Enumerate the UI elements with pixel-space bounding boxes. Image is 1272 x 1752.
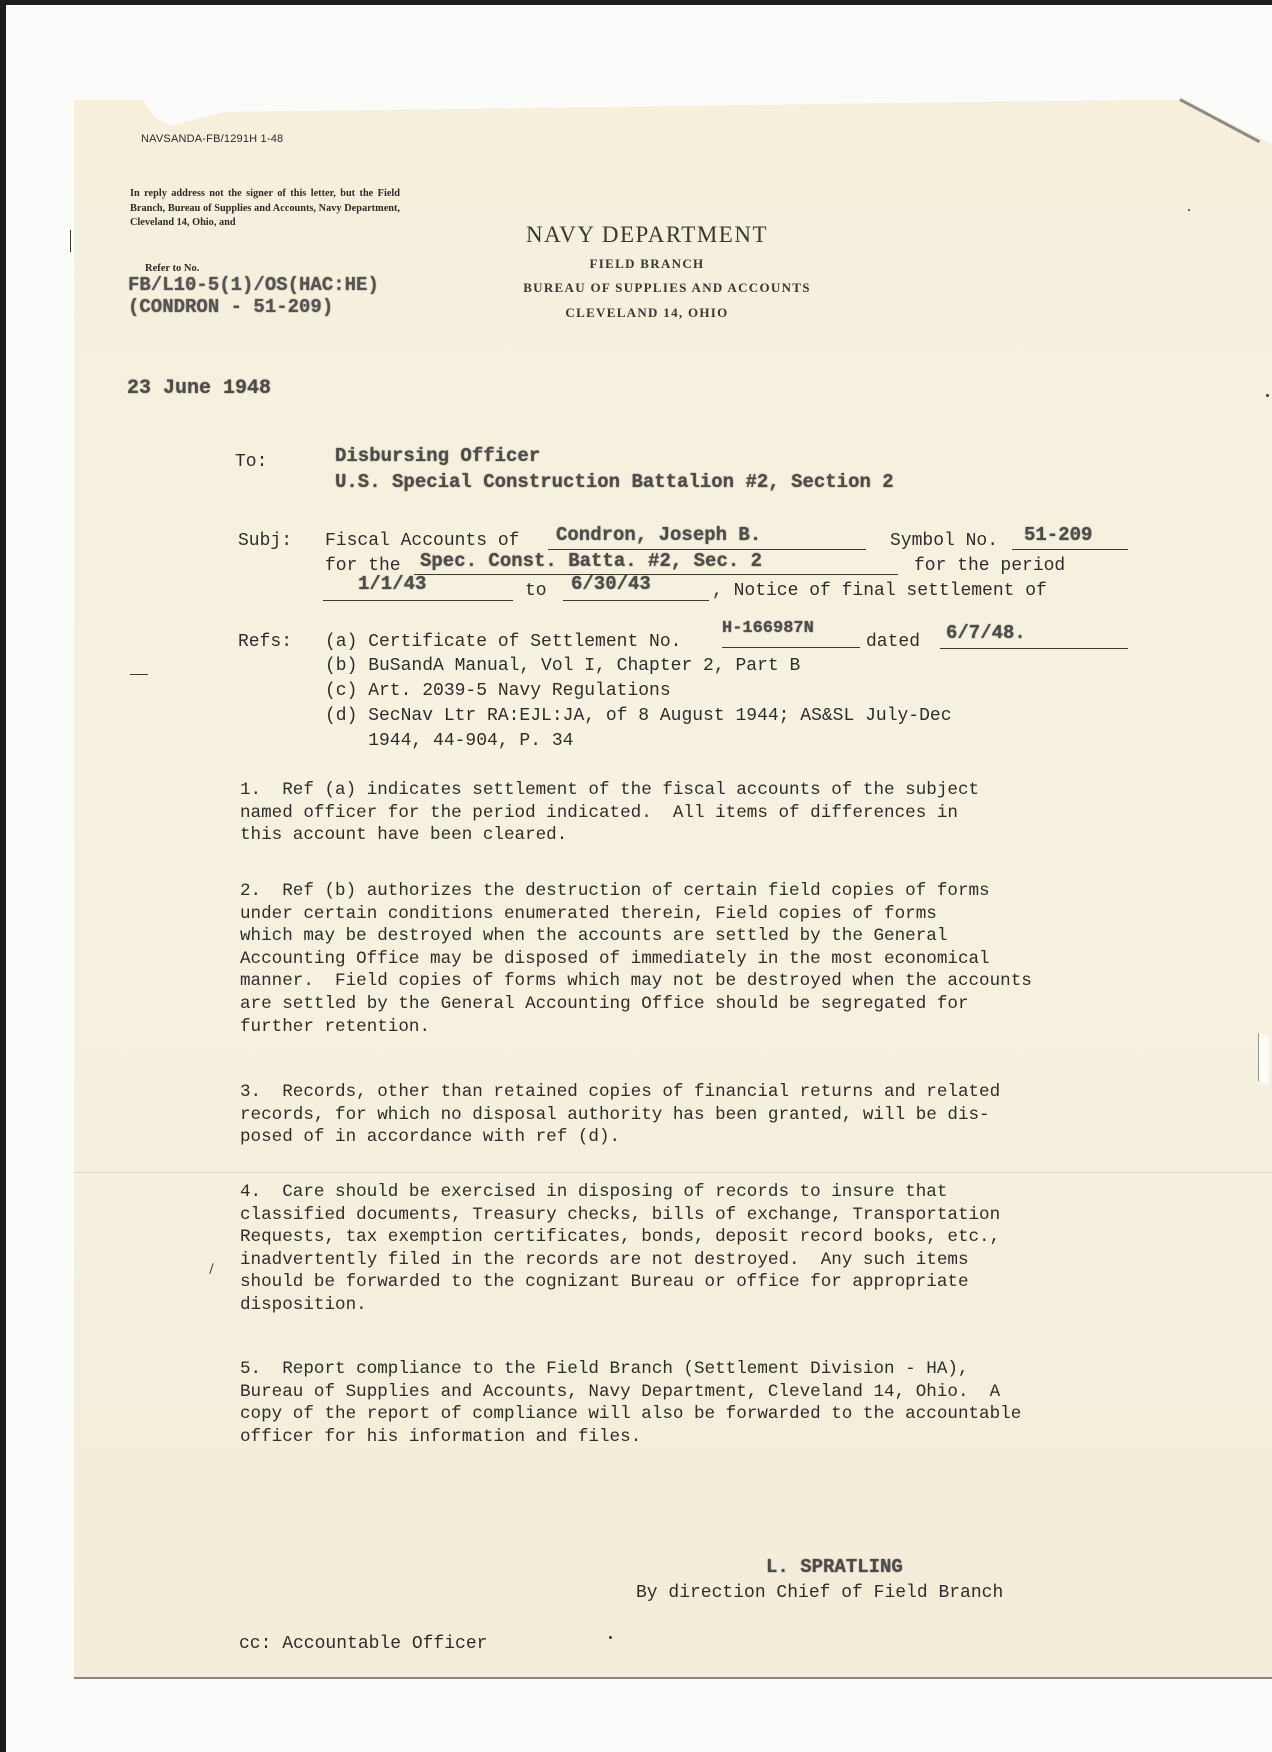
ref-a-dated-text: dated <box>866 632 920 652</box>
period-from-blank <box>323 600 513 601</box>
unit-blank <box>414 574 898 575</box>
certificate-date-blank <box>940 648 1128 649</box>
period-from: 1/1/43 <box>358 573 426 595</box>
officer-name: Condron, Joseph B. <box>556 524 761 546</box>
refer-to-label: Refer to No. <box>145 263 199 274</box>
paragraph-3: 3. Records, other than retained copies o… <box>240 1081 1000 1149</box>
paragraph-5: 5. Report compliance to the Field Branch… <box>240 1358 1021 1448</box>
paragraph-2: 2. Ref (b) authorizes the destruction of… <box>240 880 1032 1038</box>
margin-tick <box>70 230 71 252</box>
letter-date: 23 June 1948 <box>127 377 271 400</box>
to-label: To: <box>235 452 267 472</box>
signer-name: L. SPRATLING <box>766 1556 903 1578</box>
subject-label: Subj: <box>238 531 292 551</box>
certificate-date: 6/7/48. <box>946 622 1026 644</box>
ref-d-line2: 1944, 44-904, P. 34 <box>325 731 573 751</box>
paragraph-1: 1. Ref (a) indicates settlement of the f… <box>240 779 979 847</box>
subject-notice-text: , Notice of final settlement of <box>712 581 1047 601</box>
ref-d-line1: (d) SecNav Ltr RA:EJL:JA, of 8 August 19… <box>325 706 952 726</box>
symbol-label: Symbol No. <box>890 531 998 551</box>
letterhead-title: NAVY DEPARTMENT <box>440 222 854 248</box>
period-to-blank <box>563 600 709 601</box>
signer-title: By direction Chief of Field Branch <box>636 1583 1003 1603</box>
period-to: 6/30/43 <box>571 573 651 595</box>
reference-subject: (CONDRON - 51-209) <box>128 297 333 317</box>
form-number: NAVSANDA-FB/1291H 1-48 <box>141 133 283 145</box>
subject-period-text: for the period <box>914 556 1065 576</box>
subject-fiscal-text: Fiscal Accounts of <box>325 531 519 551</box>
symbol-number: 51-209 <box>1024 524 1092 546</box>
margin-mark <box>130 674 148 675</box>
letterhead-city: CLEVELAND 14, OHIO <box>440 305 854 321</box>
ref-b: (b) BuSandA Manual, Vol I, Chapter 2, Pa… <box>325 656 800 676</box>
refs-label: Refs: <box>238 632 292 652</box>
addressee-unit: U.S. Special Construction Battalion #2, … <box>335 470 894 494</box>
scan-left-border <box>0 0 6 1752</box>
fold-crease <box>74 1172 1272 1173</box>
reference-number: FB/L10-5(1)/OS(HAC:HE) <box>128 275 379 295</box>
ref-c: (c) Art. 2039-5 Navy Regulations <box>325 681 671 701</box>
ink-speck <box>609 1636 612 1639</box>
ink-speck <box>1188 209 1190 211</box>
ink-speck <box>1266 394 1269 397</box>
letterhead-field-branch: FIELD BRANCH <box>440 256 854 272</box>
subject-to-text: to <box>525 581 547 601</box>
letterhead-bureau: BUREAU OF SUPPLIES AND ACCOUNTS <box>452 280 882 296</box>
certificate-blank <box>722 647 860 648</box>
certificate-number: H-166987N <box>722 619 814 638</box>
unit-name: Spec. Const. Batta. #2, Sec. 2 <box>420 550 762 572</box>
reply-instructions: In reply address not the signer of this … <box>130 187 400 231</box>
ref-a-text: (a) Certificate of Settlement No. <box>325 632 681 652</box>
paragraph-4: 4. Care should be exercised in disposing… <box>240 1181 1000 1317</box>
symbol-blank <box>1012 549 1128 550</box>
cc-line: cc: Accountable Officer <box>239 1634 487 1654</box>
scan-top-border <box>0 0 1272 5</box>
addressee-title: Disbursing Officer <box>335 444 540 468</box>
paper-edge-tear <box>1258 1033 1269 1085</box>
